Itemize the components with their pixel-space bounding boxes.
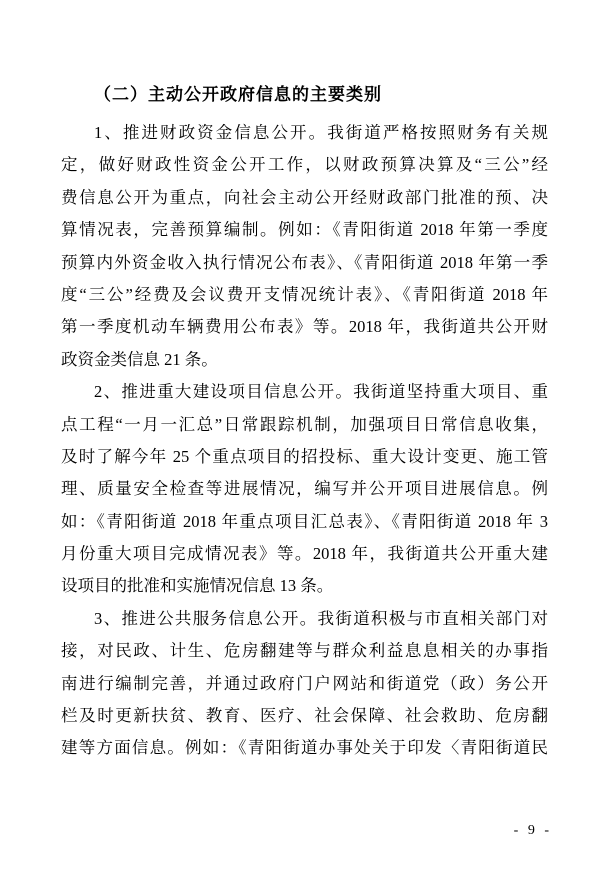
- body-line: 2、推进重大建设项目信息公开。我街道坚持重大项目、重: [61, 376, 548, 408]
- body-line: 接，对民政、计生、危房翻建等与群众利益息息相关的办事指: [61, 635, 548, 667]
- body-line: 栏及时更新扶贫、教育、医疗、社会保障、社会救助、危房翻: [61, 700, 548, 732]
- body-line: 第一季度机动车辆费用公布表》等。2018 年，我街道共公开财: [61, 311, 548, 343]
- body-line: 度“三公”经费及会议费开支情况统计表》、《青阳街道 2018 年: [61, 279, 548, 311]
- section-heading: （二）主动公开政府信息的主要类别: [61, 84, 548, 106]
- body-line: 理、质量安全检查等进展情况，编写并公开项目进展信息。例: [61, 473, 548, 505]
- body-line: 3、推进公共服务信息公开。我街道积极与市直相关部门对: [61, 603, 548, 635]
- page-number: - 9 -: [514, 822, 552, 840]
- body-line: 点工程“一月一汇总”日常跟踪机制，加强项目日常信息收集，: [61, 409, 548, 441]
- body-line: 预算内外资金收入执行情况公布表》、《青阳街道 2018 年第一季: [61, 247, 548, 279]
- body-line: 南进行编制完善，并通过政府门户网站和街道党（政）务公开: [61, 668, 548, 700]
- body-line: 费信息公开为重点，向社会主动公开经财政部门批准的预、决: [61, 182, 548, 214]
- body-line: 如：《青阳街道 2018 年重点项目汇总表》、《青阳街道 2018 年 3: [61, 506, 548, 538]
- body-line: 定，做好财政性资金公开工作，以财政预算决算及“三公”经: [61, 149, 548, 181]
- paragraph-3: 3、推进公共服务信息公开。我街道积极与市直相关部门对 接，对民政、计生、危房翻建…: [61, 603, 548, 765]
- body-line: 设项目的批准和实施情况信息 13 条。: [61, 570, 548, 602]
- body-line: 算情况表，完善预算编制。例如：《青阳街道 2018 年第一季度: [61, 214, 548, 246]
- body-line: 月份重大项目完成情况表》等。2018 年，我街道共公开重大建: [61, 538, 548, 570]
- body-line: 1、推进财政资金信息公开。我街道严格按照财务有关规: [61, 117, 548, 149]
- document-page: （二）主动公开政府信息的主要类别 1、推进财政资金信息公开。我街道严格按照财务有…: [0, 0, 608, 878]
- paragraph-1: 1、推进财政资金信息公开。我街道严格按照财务有关规 定，做好财政性资金公开工作，…: [61, 117, 548, 376]
- document-body: 1、推进财政资金信息公开。我街道严格按照财务有关规 定，做好财政性资金公开工作，…: [61, 117, 548, 765]
- body-line: 及时了解今年 25 个重点项目的招投标、重大设计变更、施工管: [61, 441, 548, 473]
- body-line: 建等方面信息。例如：《青阳街道办事处关于印发〈青阳街道民: [61, 732, 548, 764]
- paragraph-2: 2、推进重大建设项目信息公开。我街道坚持重大项目、重 点工程“一月一汇总”日常跟…: [61, 376, 548, 603]
- body-line: 政资金类信息 21 条。: [61, 344, 548, 376]
